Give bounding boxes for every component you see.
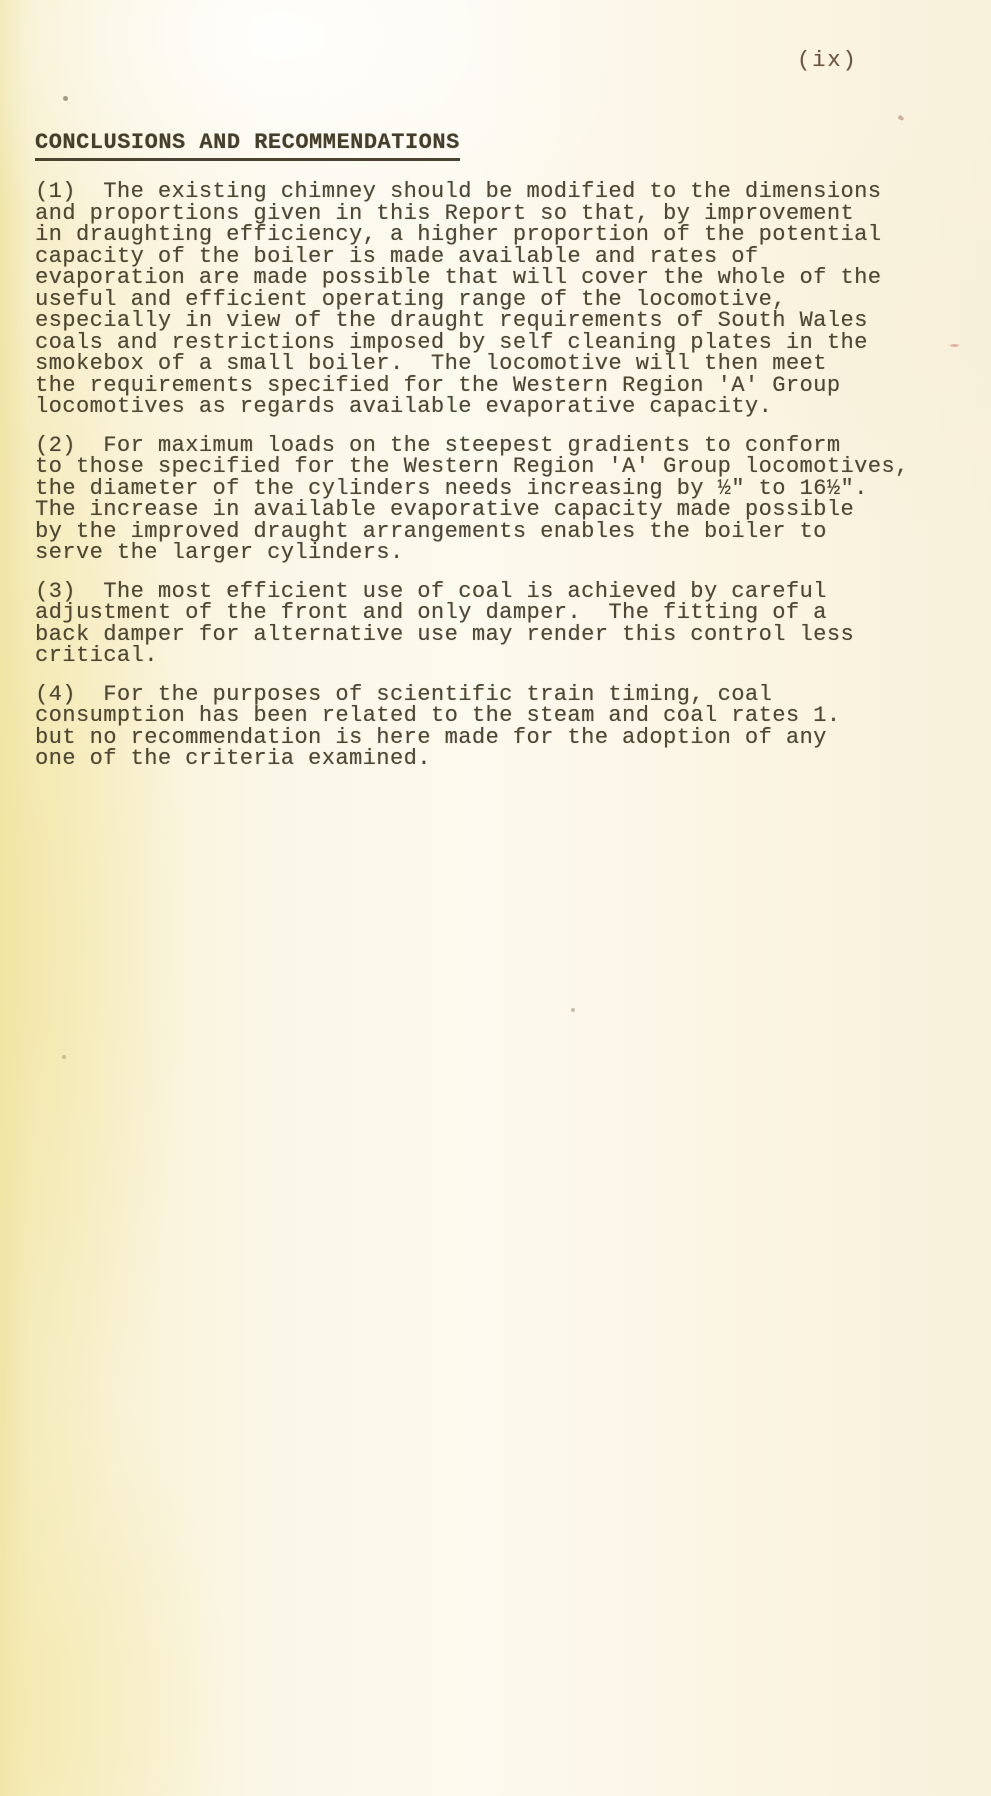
paper-speck <box>63 96 68 101</box>
page-content: CONCLUSIONS AND RECOMMENDATIONS (1) The … <box>35 130 935 787</box>
page-number: (ix) <box>797 48 858 73</box>
paragraph-3: (3) The most efficient use of coal is ac… <box>35 581 935 667</box>
paper-speck <box>897 115 904 122</box>
document-page: (ix) CONCLUSIONS AND RECOMMENDATIONS (1)… <box>0 0 991 1796</box>
paragraph-4: (4) For the purposes of scientific train… <box>35 684 935 770</box>
paragraph-1: (1) The existing chimney should be modif… <box>35 181 935 418</box>
section-heading: CONCLUSIONS AND RECOMMENDATIONS <box>35 130 460 161</box>
paragraph-2: (2) For maximum loads on the steepest gr… <box>35 435 935 564</box>
paper-speck <box>571 1008 575 1012</box>
paper-speck <box>950 344 959 347</box>
paper-speck <box>62 1055 66 1059</box>
